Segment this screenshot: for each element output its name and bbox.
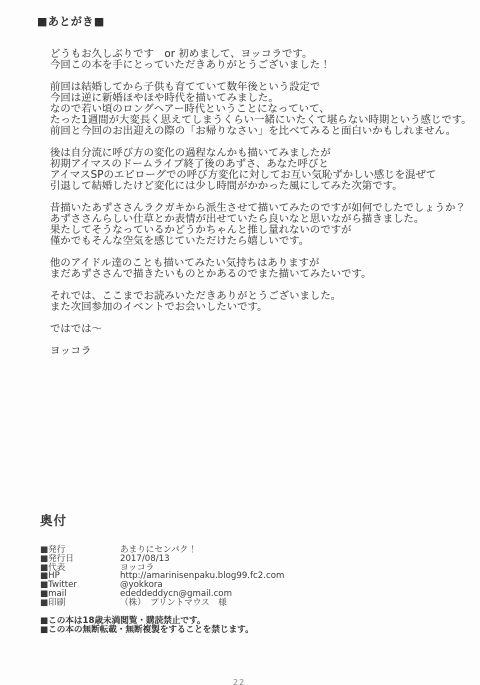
- afterword-signature: ヨッコラ: [50, 346, 460, 357]
- afterword-title: ■あとがき■: [37, 13, 105, 29]
- colophon: 奥付 ■発行 あまりにセンパク！ ■発行日 2017/08/13 ■代表 ヨッコ…: [40, 511, 460, 635]
- colophon-row-printer: ■印刷 （株） プリントマウス 様: [40, 599, 460, 608]
- body-line: 僅かでもそんな空気を感じていただけたら嬉しいです。: [50, 236, 460, 247]
- colophon-row-publisher: ■発行 あまりにセンパク！: [40, 546, 460, 555]
- colophon-label: ■印刷: [40, 599, 120, 608]
- afterword-paragraph: 他のアイドル達のことも描いてみたい気持ちはありますが まだあずささんで描きたいも…: [50, 258, 460, 280]
- body-line: ではでは～: [50, 324, 460, 335]
- afterword-paragraph: 昔描いたあずささんラクガキから派生させて描いてみたのですが如何でしたでしょうか？…: [50, 203, 460, 247]
- body-line: ヨッコラ: [50, 346, 460, 357]
- colophon-row-homepage: ■HP http://amarinisenpaku.blog99.fc2.com: [40, 572, 460, 581]
- afterword-paragraph: ではでは～: [50, 324, 460, 335]
- afterword-paragraph: それでは、ここまでお読みいただきありがとうございました。 また次回参加のイベント…: [50, 291, 460, 313]
- afterword-paragraph: どうもお久しぶりです or 初めまして、ヨッコラです。 今回この本を手にとってい…: [50, 49, 460, 71]
- afterword-body: どうもお久しぶりです or 初めまして、ヨッコラです。 今回この本を手にとってい…: [50, 49, 460, 368]
- body-line: 引退して結婚したけど変化には少し時間がかかった風にしてみた次第です。: [50, 181, 460, 192]
- body-line: また次回参加のイベントでお会いしたいです。: [50, 302, 460, 313]
- colophon-value: （株） プリントマウス 様: [120, 599, 227, 608]
- colophon-row-mail: ■mail ededdeddycn@gmail.com: [40, 590, 460, 599]
- afterword-paragraph: 後は自分流に呼び方の変化の過程なんかも描いてみましたが 初期アイマスのドームライ…: [50, 148, 460, 192]
- colophon-rows: ■発行 あまりにセンパク！ ■発行日 2017/08/13 ■代表 ヨッコラ ■…: [40, 546, 460, 608]
- colophon-row-twitter: ■Twitter @yokkora: [40, 581, 460, 590]
- page-number: 22: [233, 678, 245, 685]
- notice-line: ■この本の無断転載・無断複製をすることを禁じます。: [40, 626, 460, 635]
- body-line: 今回この本を手にとっていただきありがとうございました！: [50, 60, 460, 71]
- colophon-heading: 奥付: [40, 511, 460, 529]
- colophon-notices: ■この本は18歳未満閲覧・購読禁止です。 ■この本の無断転載・無断複製をすること…: [40, 617, 460, 635]
- afterword-paragraph: 前回は結婚してから子供も育てていて数年後という設定で 今回は逆に新婚ほやほや時代…: [50, 82, 460, 137]
- body-line: まだあずささんで描きたいものとかあるのでまた描いてみたいです。: [50, 269, 460, 280]
- colophon-row-publish-date: ■発行日 2017/08/13: [40, 555, 460, 564]
- body-line: 前回と今回のお出迎えの際の「お帰りなさい」を比べてみると面白いかもしれません。: [50, 126, 460, 137]
- scanned-afterword-page: ■あとがき■ どうもお久しぶりです or 初めまして、ヨッコラです。 今回この本…: [0, 0, 480, 685]
